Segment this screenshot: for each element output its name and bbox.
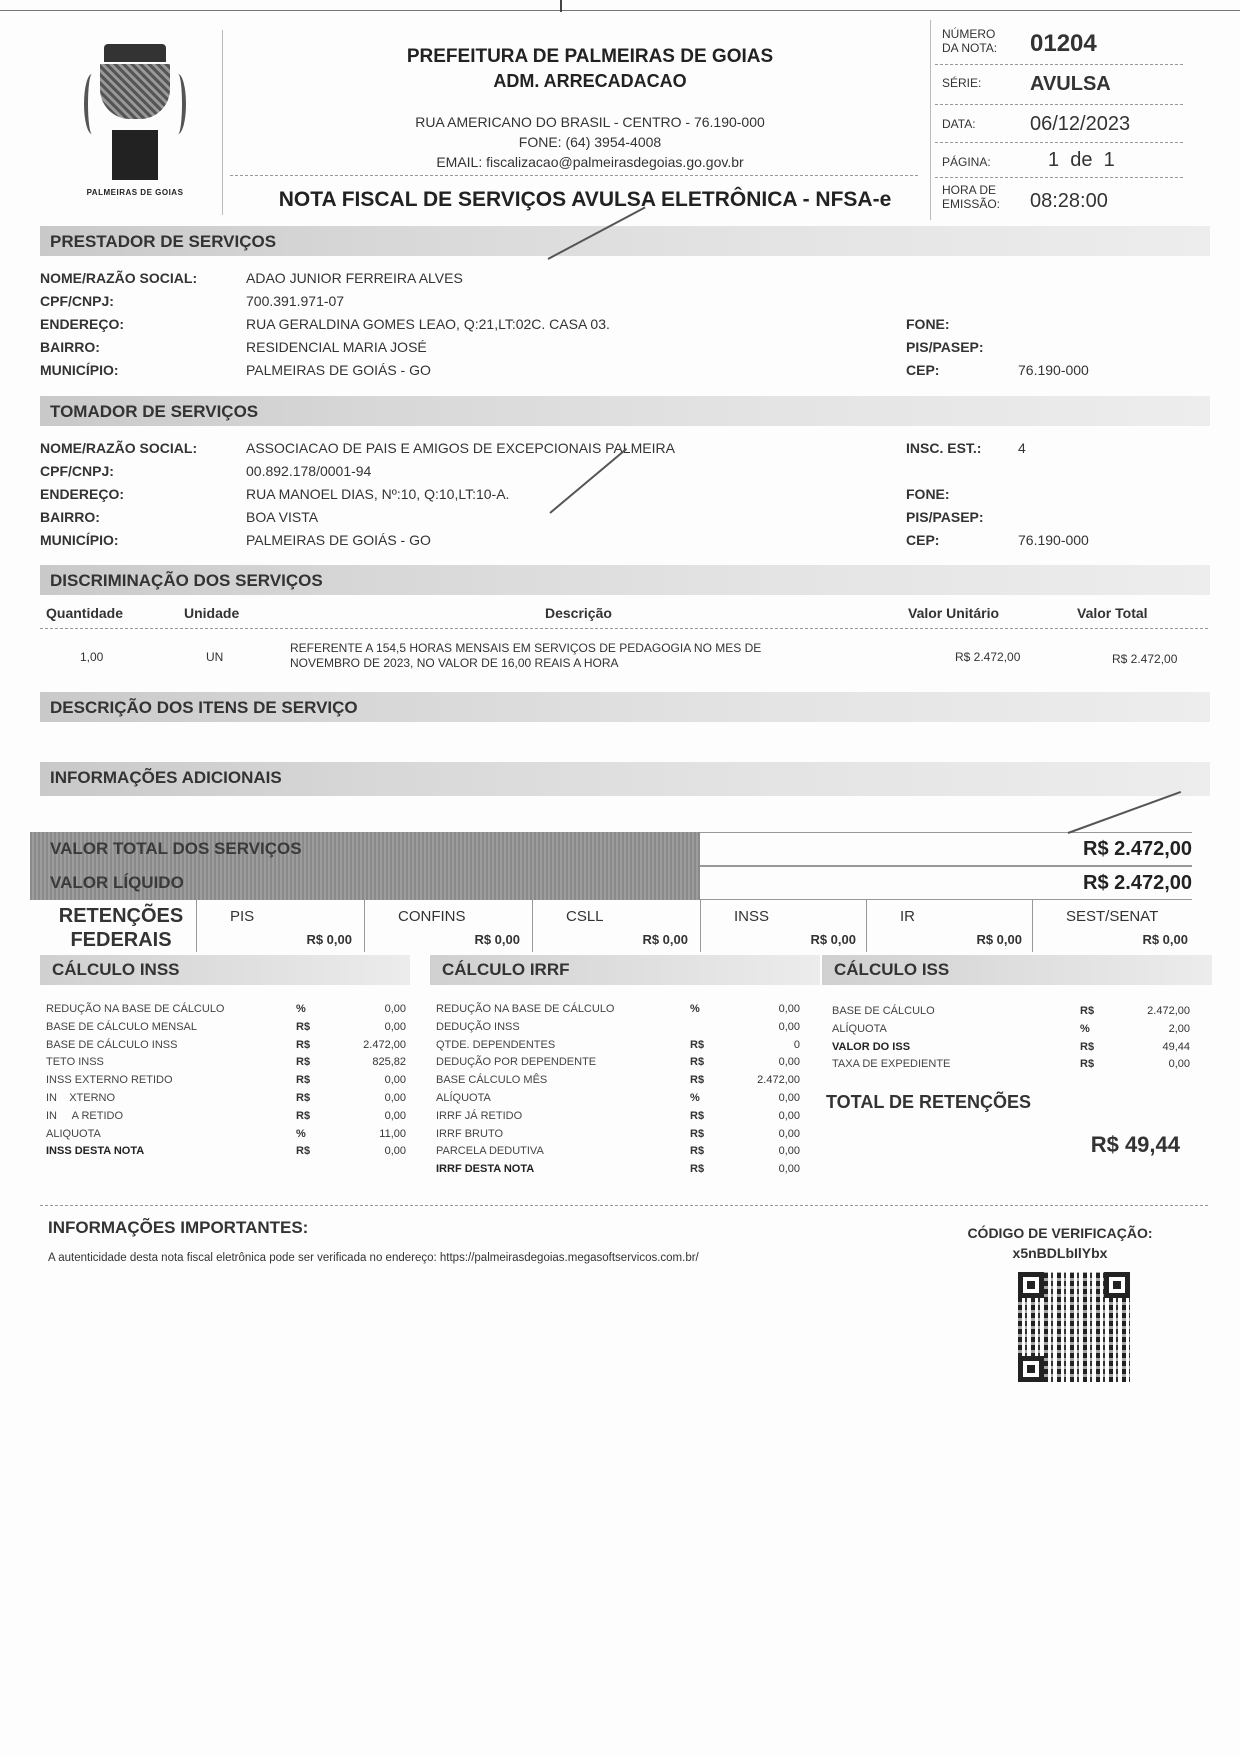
retencao-value: R$ 0,00 bbox=[1032, 932, 1188, 947]
prestador-nome: ADAO JUNIOR FERREIRA ALVES bbox=[246, 270, 463, 286]
calc-value: 0,00 bbox=[730, 1110, 800, 1122]
verification-code-label: CÓDIGO DE VERIFICAÇÃO: bbox=[950, 1225, 1170, 1241]
tomador-endereco: RUA MANOEL DIAS, Nº:10, Q:10,LT:10-A. bbox=[246, 486, 509, 502]
emission-time: 08:28:00 bbox=[1030, 190, 1108, 213]
calc-label: IRRF DESTA NOTA bbox=[436, 1163, 534, 1175]
handwritten-check-mark bbox=[1068, 791, 1181, 834]
retencao-name: SEST/SENAT bbox=[1066, 908, 1158, 925]
calc-unit: % bbox=[1080, 1023, 1090, 1035]
calc-label: IN A RETIDO bbox=[46, 1110, 123, 1122]
calc-unit: % bbox=[296, 1003, 306, 1015]
handwritten-check-mark bbox=[549, 448, 627, 514]
calc-unit: R$ bbox=[690, 1056, 704, 1068]
calc-unit: R$ bbox=[296, 1056, 310, 1068]
retencao-value: R$ 0,00 bbox=[196, 932, 352, 947]
calc-unit: R$ bbox=[1080, 1058, 1094, 1070]
calc-unit: R$ bbox=[1080, 1041, 1094, 1053]
calc-unit: R$ bbox=[690, 1163, 704, 1175]
tower-icon bbox=[112, 130, 158, 180]
calc-value: 0,00 bbox=[336, 1092, 406, 1104]
calc-value: 0,00 bbox=[336, 1145, 406, 1157]
page-top-edge bbox=[0, 10, 1240, 11]
org-department: ADM. ARRECADACAO bbox=[300, 71, 880, 92]
calc-value: 2.472,00 bbox=[1120, 1005, 1190, 1017]
invoice-date: 06/12/2023 bbox=[1030, 113, 1130, 136]
retencao-name: INSS bbox=[734, 908, 769, 925]
calc-value: 0,00 bbox=[730, 1128, 800, 1140]
calc-unit: R$ bbox=[296, 1039, 310, 1051]
page-notch bbox=[560, 0, 562, 12]
prestador-municipio: PALMEIRAS DE GOIÁS - GO bbox=[246, 362, 431, 378]
page-number: 1 de 1 bbox=[1048, 149, 1115, 172]
org-name: PREFEITURA DE PALMEIRAS DE GOIAS bbox=[300, 46, 880, 68]
calc-value: 0,00 bbox=[336, 1021, 406, 1033]
tomador-insc-est: 4 bbox=[1018, 440, 1026, 456]
document-title: NOTA FISCAL DE SERVIÇOS AVULSA ELETRÔNIC… bbox=[255, 188, 915, 212]
calc-label: INSS EXTERNO RETIDO bbox=[46, 1074, 173, 1086]
calc-label: BASE CÁLCULO MÊS bbox=[436, 1074, 547, 1086]
calc-value: 0,00 bbox=[730, 1003, 800, 1015]
org-email: EMAIL: fiscalizacao@palmeirasdegoias.go.… bbox=[300, 154, 880, 170]
invoice-number: 01204 bbox=[1030, 30, 1097, 58]
valor-total-label: VALOR TOTAL DOS SERVIÇOS bbox=[30, 832, 700, 866]
calc-value: 0,00 bbox=[336, 1003, 406, 1015]
section-prestador: PRESTADOR DE SERVIÇOS bbox=[40, 226, 1210, 256]
invoice-series: AVULSA bbox=[1030, 73, 1111, 96]
calc-value: 0,00 bbox=[730, 1145, 800, 1157]
calc-label: IN XTERNO bbox=[46, 1092, 115, 1104]
calc-label: BASE DE CÁLCULO MENSAL bbox=[46, 1021, 197, 1033]
retencao-name: CONFINS bbox=[398, 908, 466, 925]
calc-unit: R$ bbox=[1080, 1005, 1094, 1017]
retencao-value: R$ 0,00 bbox=[866, 932, 1022, 947]
calc-unit: % bbox=[296, 1128, 306, 1140]
calc-label: IRRF BRUTO bbox=[436, 1128, 503, 1140]
prestador-cpf: 700.391.971-07 bbox=[246, 293, 344, 309]
calc-value: 0,00 bbox=[730, 1021, 800, 1033]
tomador-municipio: PALMEIRAS DE GOIÁS - GO bbox=[246, 532, 431, 548]
retencao-value: R$ 0,00 bbox=[532, 932, 688, 947]
section-calculo-irrf: CÁLCULO IRRF bbox=[430, 955, 820, 985]
section-tomador: TOMADOR DE SERVIÇOS bbox=[40, 396, 1210, 426]
retencao-value: R$ 0,00 bbox=[364, 932, 520, 947]
tomador-cnpj: 00.892.178/0001-94 bbox=[246, 463, 371, 479]
verification-code: x5nBDLbIlYbx bbox=[950, 1245, 1170, 1261]
valor-liquido-label: VALOR LÍQUIDO bbox=[30, 866, 700, 900]
retencao-name: CSLL bbox=[566, 908, 604, 925]
prestador-endereco: RUA GERALDINA GOMES LEAO, Q:21,LT:02C. C… bbox=[246, 316, 610, 332]
calc-value: 0,00 bbox=[1120, 1058, 1190, 1070]
section-discriminacao: DISCRIMINAÇÃO DOS SERVIÇOS bbox=[40, 565, 1210, 595]
calc-value: 0 bbox=[730, 1039, 800, 1051]
logo-text: PALMEIRAS DE GOIAS bbox=[70, 188, 200, 197]
total-retencoes-label: TOTAL DE RETENÇÕES bbox=[826, 1092, 1031, 1113]
calc-value: 0,00 bbox=[730, 1092, 800, 1104]
calc-unit: R$ bbox=[296, 1021, 310, 1033]
calc-unit: R$ bbox=[690, 1039, 704, 1051]
calc-unit: R$ bbox=[690, 1074, 704, 1086]
calc-unit: R$ bbox=[690, 1128, 704, 1140]
tomador-cep: 76.190-000 bbox=[1018, 532, 1089, 548]
qr-code-icon bbox=[1018, 1272, 1130, 1382]
retencao-name: PIS bbox=[230, 908, 254, 925]
calc-label: DEDUÇÃO INSS bbox=[436, 1021, 520, 1033]
municipal-coat-of-arms-logo: PALMEIRAS DE GOIAS bbox=[70, 38, 200, 203]
prestador-bairro: RESIDENCIAL MARIA JOSÉ bbox=[246, 339, 427, 355]
calc-unit: % bbox=[690, 1092, 700, 1104]
calc-label: IRRF JÁ RETIDO bbox=[436, 1110, 522, 1122]
calc-unit: R$ bbox=[296, 1110, 310, 1122]
calc-value: 2.472,00 bbox=[336, 1039, 406, 1051]
calc-label: TETO INSS bbox=[46, 1056, 104, 1068]
retencao-value: R$ 0,00 bbox=[700, 932, 856, 947]
tomador-nome: ASSOCIACAO DE PAIS E AMIGOS DE EXCEPCION… bbox=[246, 440, 675, 456]
section-informacoes-adicionais: INFORMAÇÕES ADICIONAIS bbox=[40, 762, 1210, 796]
calc-value: 11,00 bbox=[336, 1128, 406, 1140]
retencao-name: IR bbox=[900, 908, 915, 925]
prestador-cep: 76.190-000 bbox=[1018, 362, 1089, 378]
calc-value: 0,00 bbox=[336, 1074, 406, 1086]
calc-unit: % bbox=[690, 1003, 700, 1015]
valor-liquido: R$ 2.472,00 bbox=[1083, 872, 1192, 895]
calc-label: ALIQUOTA bbox=[46, 1128, 101, 1140]
calc-label: VALOR DO ISS bbox=[832, 1041, 910, 1053]
calc-value: 0,00 bbox=[730, 1163, 800, 1175]
retencoes-federais-title: RETENÇÕES FEDERAIS bbox=[46, 904, 196, 952]
shield-icon bbox=[100, 64, 170, 119]
calc-label: PARCELA DEDUTIVA bbox=[436, 1145, 544, 1157]
authenticity-note: A autenticidade desta nota fiscal eletrô… bbox=[48, 1252, 699, 1264]
total-retencoes-value: R$ 49,44 bbox=[1091, 1132, 1180, 1158]
calc-value: 0,00 bbox=[336, 1110, 406, 1122]
calc-value: 825,82 bbox=[336, 1056, 406, 1068]
calc-label: ALÍQUOTA bbox=[436, 1092, 491, 1104]
nfsa-document: PALMEIRAS DE GOIAS PREFEITURA DE PALMEIR… bbox=[0, 0, 1240, 1755]
calc-unit: R$ bbox=[690, 1145, 704, 1157]
calc-value: 49,44 bbox=[1120, 1041, 1190, 1053]
calc-unit: R$ bbox=[296, 1074, 310, 1086]
informacoes-importantes-title: INFORMAÇÕES IMPORTANTES: bbox=[48, 1218, 308, 1238]
calc-label: BASE DE CÁLCULO bbox=[832, 1005, 935, 1017]
section-calculo-iss: CÁLCULO ISS bbox=[822, 955, 1212, 985]
calc-value: 0,00 bbox=[730, 1056, 800, 1068]
calc-unit: R$ bbox=[296, 1092, 310, 1104]
calc-label: ALÍQUOTA bbox=[832, 1023, 887, 1035]
calc-label: INSS DESTA NOTA bbox=[46, 1145, 144, 1157]
calc-label: DEDUÇÃO POR DEPENDENTE bbox=[436, 1056, 596, 1068]
calc-value: 2.472,00 bbox=[730, 1074, 800, 1086]
org-address: RUA AMERICANO DO BRASIL - CENTRO - 76.19… bbox=[300, 114, 880, 130]
calc-unit: R$ bbox=[296, 1145, 310, 1157]
calc-label: BASE DE CÁLCULO INSS bbox=[46, 1039, 177, 1051]
tomador-bairro: BOA VISTA bbox=[246, 509, 318, 525]
calc-unit: R$ bbox=[690, 1110, 704, 1122]
calc-label: REDUÇÃO NA BASE DE CÁLCULO bbox=[46, 1003, 225, 1015]
calc-value: 2,00 bbox=[1120, 1023, 1190, 1035]
calc-label: QTDE. DEPENDENTES bbox=[436, 1039, 555, 1051]
calc-label: REDUÇÃO NA BASE DE CÁLCULO bbox=[436, 1003, 615, 1015]
crown-icon bbox=[104, 44, 166, 62]
valor-total-servicos: R$ 2.472,00 bbox=[1083, 838, 1192, 861]
section-itens-servico: DESCRIÇÃO DOS ITENS DE SERVIÇO bbox=[40, 692, 1210, 722]
org-phone: FONE: (64) 3954-4008 bbox=[300, 134, 880, 150]
calc-label: TAXA DE EXPEDIENTE bbox=[832, 1058, 950, 1070]
section-calculo-inss: CÁLCULO INSS bbox=[40, 955, 410, 985]
